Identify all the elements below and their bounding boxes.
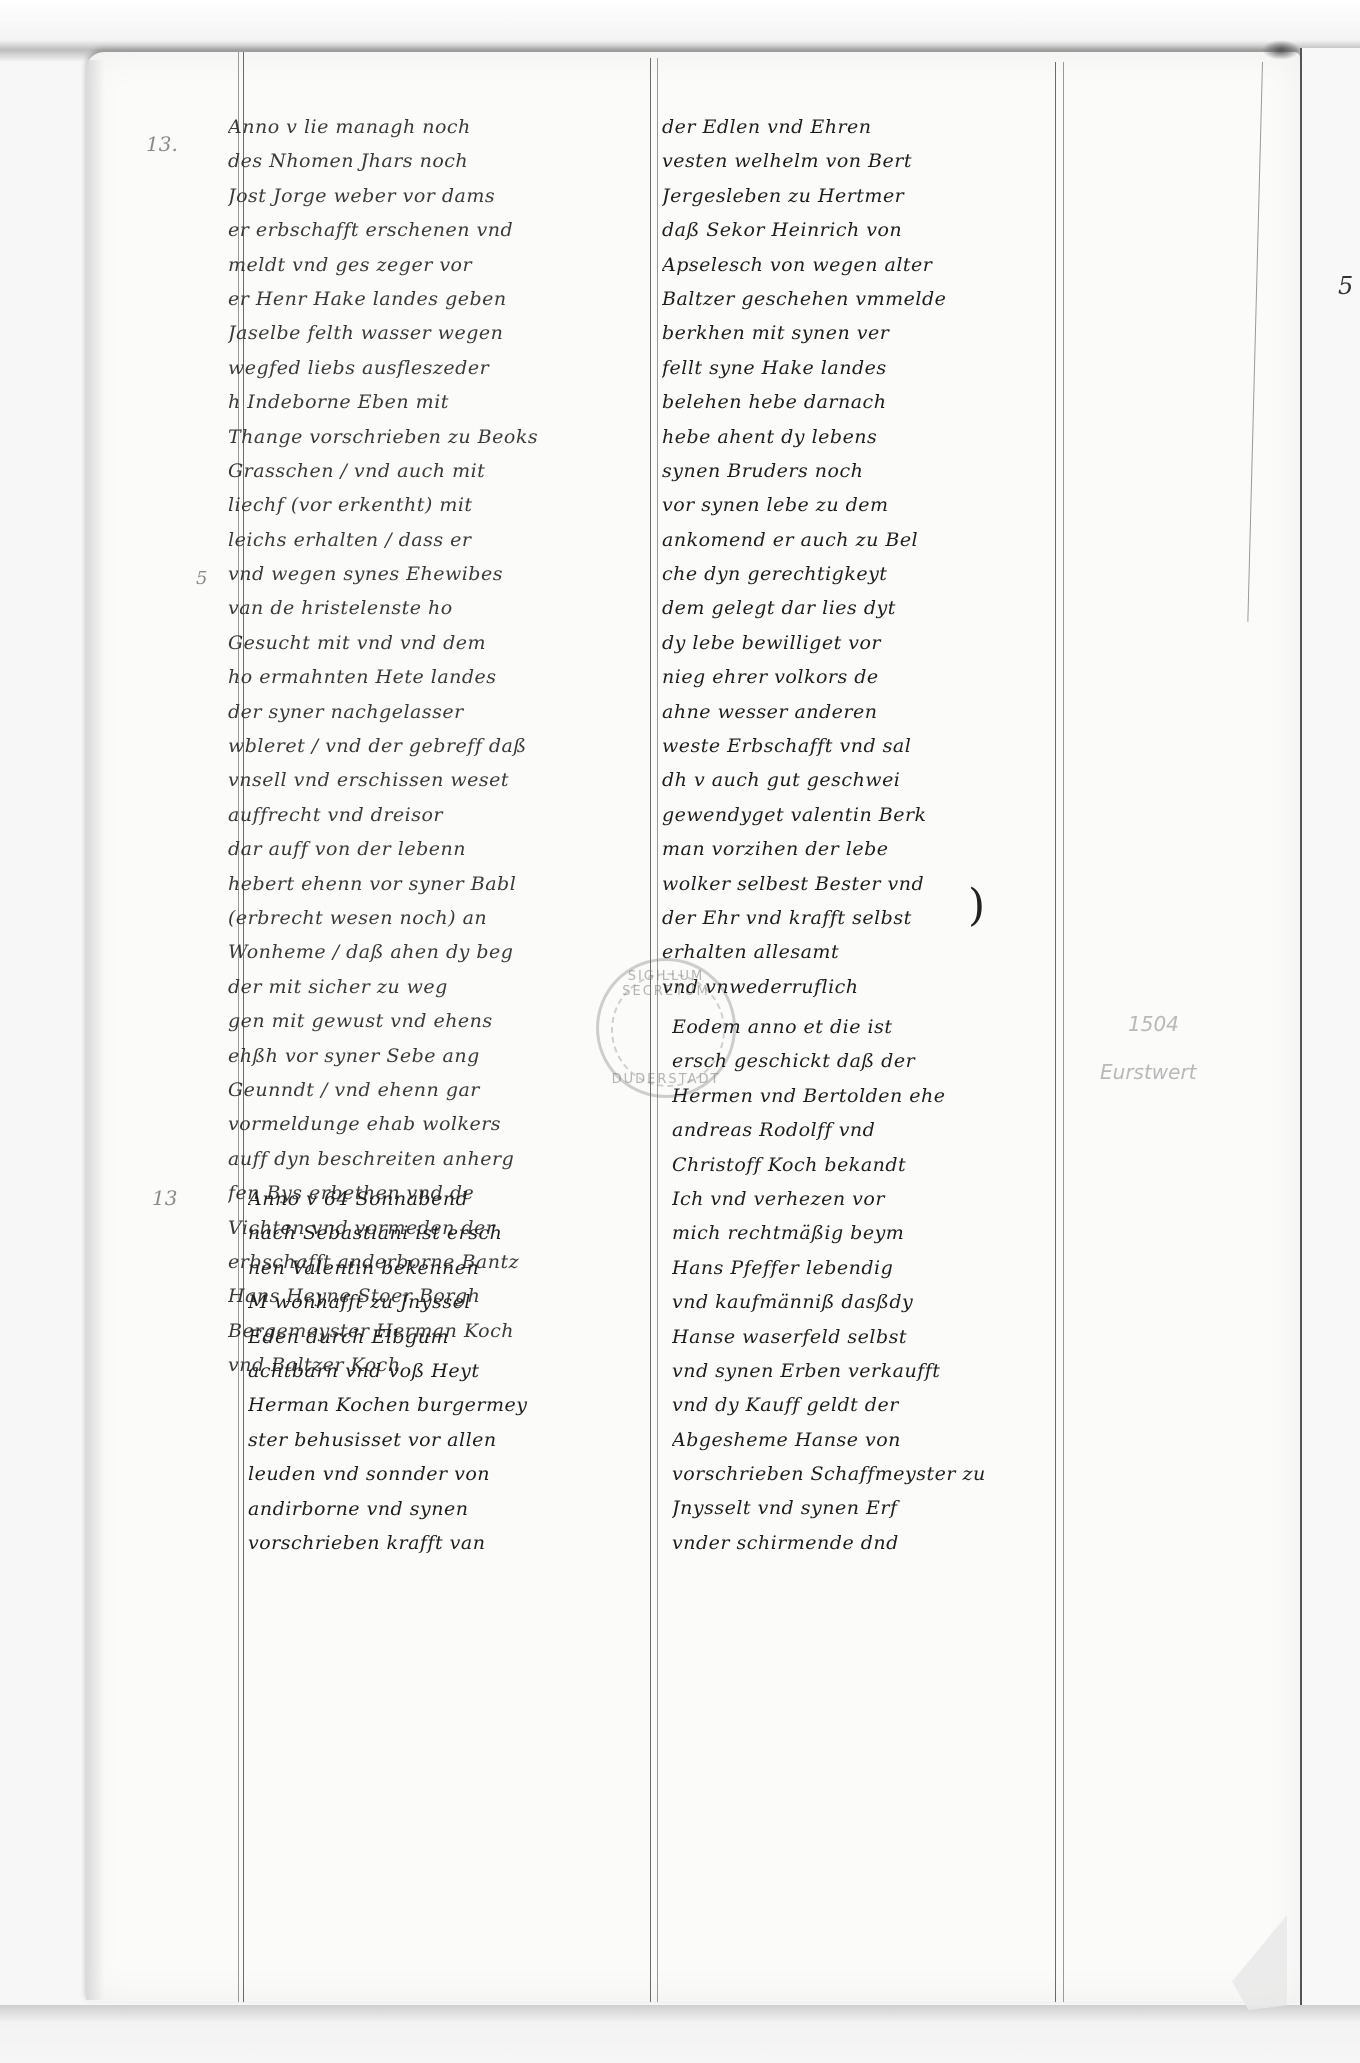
text-line: hebe ahent dy lebens [662,420,1082,454]
text-line: Hermen vnd Bertolden ehe [672,1079,1092,1113]
text-line: nach Sebastiani ist ersch [248,1216,648,1250]
text-line: Jost Jorge weber vor dams [228,179,648,213]
facing-page-edge [1300,48,1360,2008]
text-line: des Nhomen Jhars noch [228,144,648,178]
text-line: ehßh vor syner Sebe ang [228,1039,648,1073]
text-line: vesten welhelm von Bert [662,144,1082,178]
text-line: achtbarn vnd voß Heyt [248,1354,648,1388]
text-line: Abgesheme Hanse von [672,1423,1092,1457]
text-line: dem gelegt dar lies dyt [662,591,1082,625]
right-column-entry-1: der Edlen vnd Ehren vesten welhelm von B… [662,110,1082,1004]
text-line: andreas Rodolff vnd [672,1113,1092,1147]
text-line: Geunndt / vnd ehenn gar [228,1073,648,1107]
right-column-entry-2: Eodem anno et die ist ersch geschickt da… [672,1010,1092,1560]
text-line: Eodem anno et die ist [672,1010,1092,1044]
margin-note-middle: 5 [196,568,207,589]
text-line: Jnysselt vnd synen Erf [672,1491,1092,1525]
text-line: nen Valentin bekennen [248,1251,648,1285]
text-line: berkhen mit synen ver [662,316,1082,350]
text-line: Grasschen / vnd auch mit [228,454,648,488]
binding-shadow [1262,40,1300,60]
text-line: vnd kaufmänniß dasßdy [672,1285,1092,1319]
text-line: er Henr Hake landes geben [228,282,648,316]
text-line: fellt syne Hake landes [662,351,1082,385]
text-line: (erbrecht wesen noch) an [228,901,648,935]
text-line: nieg ehrer volkors de [662,660,1082,694]
text-line: che dyn gerechtigkeyt [662,557,1082,591]
closing-bracket: ) [968,880,985,931]
text-line: Wonheme / daß ahen dy beg [228,935,648,969]
text-line: synen Bruders noch [662,454,1082,488]
text-line: Hans Pfeffer lebendig [672,1251,1092,1285]
text-line: vnd synen Erben verkaufft [672,1354,1092,1388]
bottom-shadow [0,2005,1360,2063]
text-line: dar auff von der lebenn [228,832,648,866]
text-line: der syner nachgelasser [228,695,648,729]
text-line: vnsell vnd erschissen weset [228,763,648,797]
archival-year-note: 1504 [1128,1012,1179,1036]
page-edge-shadow [86,60,104,2000]
text-line: Herman Kochen burgermey [248,1388,648,1422]
facing-page-note: 5 [1338,272,1353,300]
text-line: mich rechtmäßig beym [672,1216,1092,1250]
text-line: wbleret / vnd der gebreff daß [228,729,648,763]
archival-name-note: Eurstwert [1100,1060,1197,1084]
text-line: ster behusisset vor allen [248,1423,648,1457]
text-line: Ich vnd verhezen vor [672,1182,1092,1216]
text-line: hebert ehenn vor syner Babl [228,867,648,901]
text-line: der Edlen vnd Ehren [662,110,1082,144]
text-line: gewendyget valentin Berk [662,798,1082,832]
left-column-entry-2: Anno v 64 Sonnabend nach Sebastiani ist … [248,1182,648,1560]
text-line: der Ehr vnd krafft selbst [662,901,1082,935]
text-line: meldt vnd ges zeger vor [228,248,648,282]
text-line: vnd dy Kauff geldt der [672,1388,1092,1422]
text-line: belehen hebe darnach [662,385,1082,419]
text-line: Christoff Koch bekandt [672,1148,1092,1182]
text-line: Baltzer geschehen vmmelde [662,282,1082,316]
margin-note-lower: 13 [152,1186,177,1210]
text-line: man vorzihen der lebe [662,832,1082,866]
text-line: vor synen lebe zu dem [662,488,1082,522]
text-line: gen mit gewust vnd ehens [228,1004,648,1038]
text-line: vormeldunge ehab wolkers [228,1107,648,1141]
text-line: dy lebe bewilliget vor [662,626,1082,660]
text-line: vorschrieben Schaffmeyster zu [672,1457,1092,1491]
text-line: wolker selbest Bester vnd [662,867,1082,901]
text-line: Eden durch Elbgum [248,1320,648,1354]
text-line: h Indeborne Eben mit [228,385,648,419]
text-line: der mit sicher zu weg [228,970,648,1004]
text-line: ho ermahnten Hete landes [228,660,648,694]
text-line: vnd wegen synes Ehewibes [228,557,648,591]
text-line: auff dyn beschreiten anherg [228,1142,648,1176]
text-line: leuden vnd sonnder von [248,1457,648,1491]
text-line: Anno v 64 Sonnabend [248,1182,648,1216]
text-line: van de hristelenste ho [228,591,648,625]
text-line: leichs erhalten / dass er [228,523,648,557]
text-line: M wonhafft zu Jnyssel [248,1285,648,1319]
text-line: Apselesch von wegen alter [662,248,1082,282]
text-line: er erbschafft erschenen vnd [228,213,648,247]
text-line: daß Sekor Heinrich von [662,213,1082,247]
margin-note-top: 13. [146,132,178,156]
text-line: dh v auch gut geschwei [662,763,1082,797]
text-line: ankomend er auch zu Bel [662,523,1082,557]
text-line: Jergesleben zu Hertmer [662,179,1082,213]
text-line: Hanse waserfeld selbst [672,1320,1092,1354]
text-line: erhalten allesamt [662,935,1082,969]
text-line: ahne wesser anderen [662,695,1082,729]
text-line: wegfed liebs ausfleszeder [228,351,648,385]
text-line: auffrecht vnd dreisor [228,798,648,832]
text-line: andirborne vnd synen [248,1492,648,1526]
text-line: Jaselbe felth wasser wegen [228,316,648,350]
text-line: ersch geschickt daß der [672,1044,1092,1078]
text-line: Gesucht mit vnd vnd dem [228,626,648,660]
text-line: Thange vorschrieben zu Beoks [228,420,648,454]
text-line: vnd vnwederruflich [662,970,1082,1004]
text-line: weste Erbschafft vnd sal [662,729,1082,763]
text-line: Anno v lie managh noch [228,110,648,144]
text-line: vnder schirmende dnd [672,1526,1092,1560]
text-line: liechf (vor erkentht) mit [228,488,648,522]
text-line: vorschrieben krafft van [248,1526,648,1560]
